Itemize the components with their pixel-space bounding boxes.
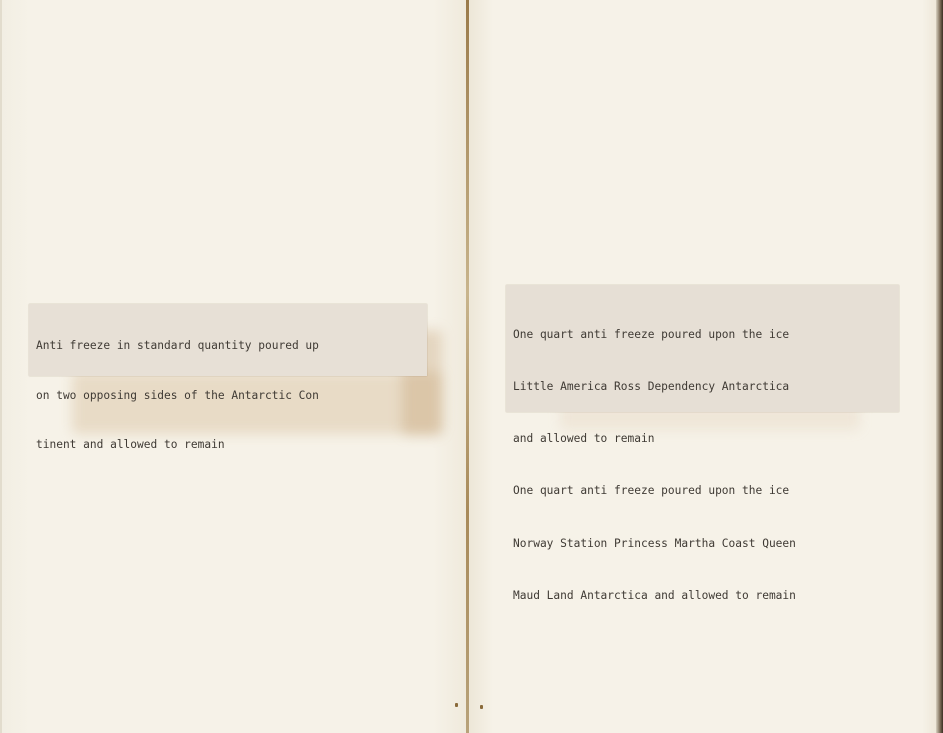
clipping-line: on two opposing sides of the Antarctic C… (36, 388, 319, 405)
left-typed-clipping: Anti freeze in standard quantity poured … (29, 304, 427, 376)
book-edge (936, 0, 943, 733)
clipping-line: Norway Station Princess Martha Coast Que… (513, 535, 796, 552)
clipping-line: tinent and allowed to remain (36, 437, 319, 454)
clipping-line: and allowed to remain (513, 430, 796, 447)
clipping-line: One quart anti freeze poured upon the ic… (513, 326, 796, 343)
binding-mark (480, 705, 483, 709)
clipping-line: Maud Land Antarctica and allowed to rema… (513, 587, 796, 604)
binding-mark (455, 703, 458, 707)
clipping-line: Anti freeze in standard quantity poured … (36, 338, 319, 355)
clipping-line: Little America Ross Dependency Antarctic… (513, 378, 796, 395)
left-page: Anti freeze in standard quantity poured … (0, 0, 470, 733)
clipping-line: One quart anti freeze poured upon the ic… (513, 482, 796, 499)
book-gutter (466, 0, 469, 733)
book-spread: Anti freeze in standard quantity poured … (0, 0, 943, 733)
right-typed-clipping: One quart anti freeze poured upon the ic… (506, 285, 899, 412)
